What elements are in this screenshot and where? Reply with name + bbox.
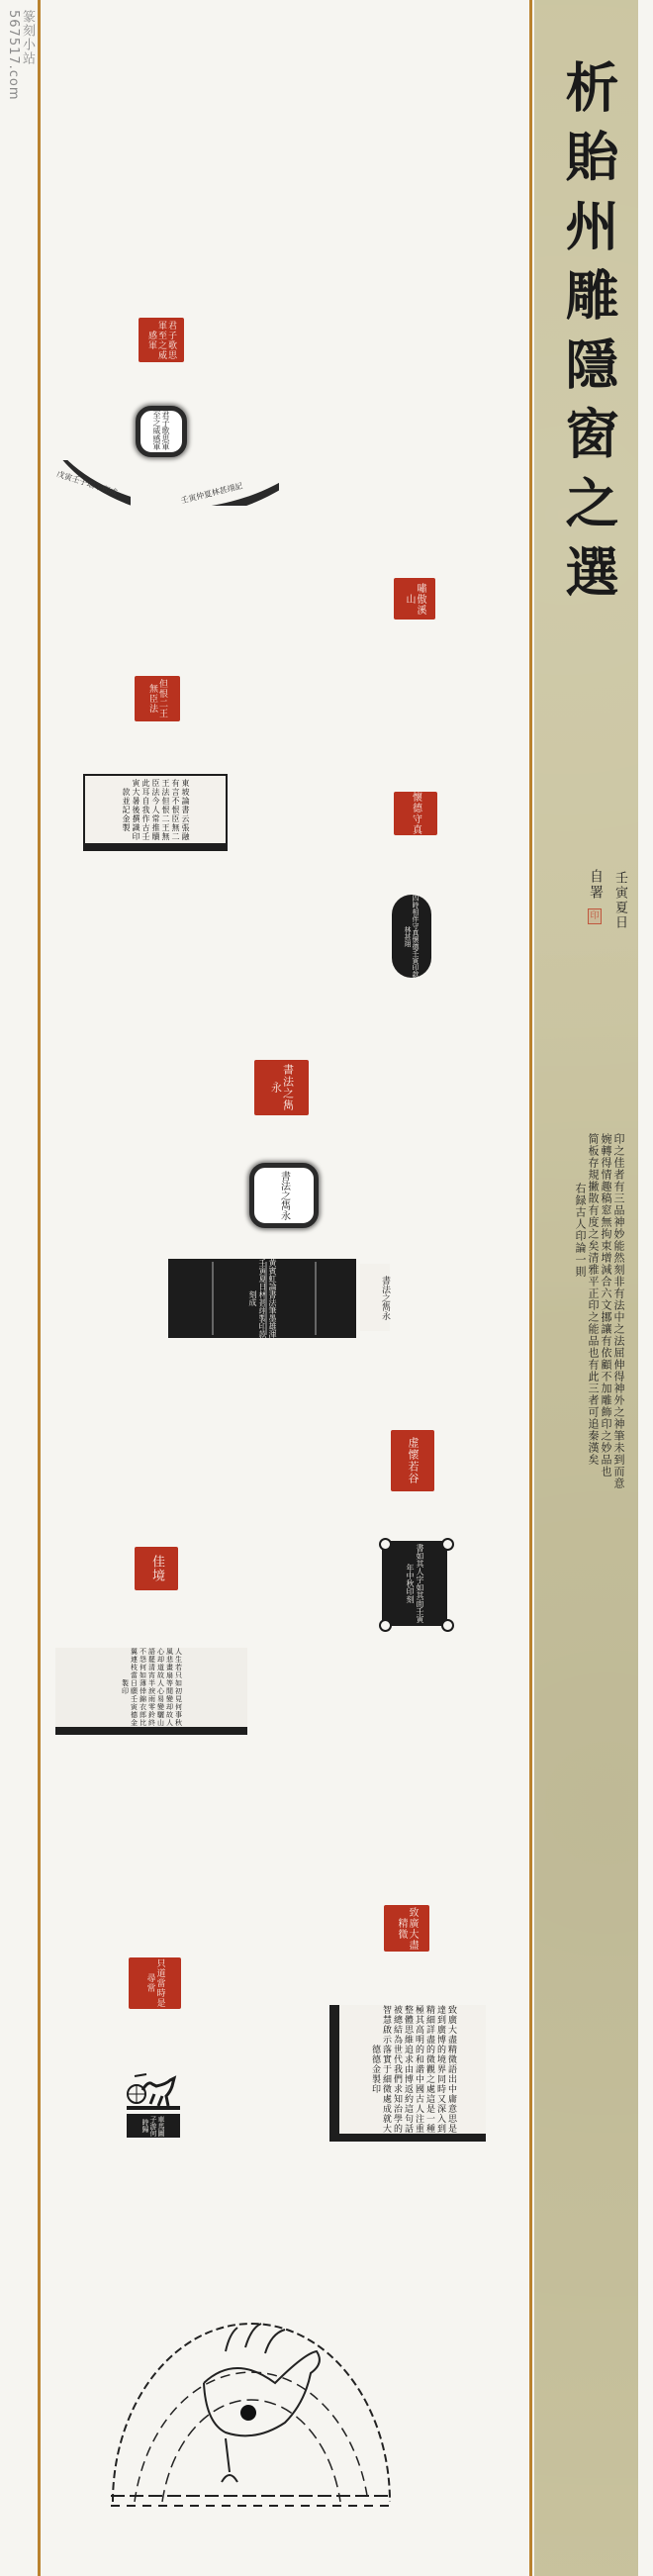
red-seal: 佳境 [135, 1547, 178, 1590]
phoenix-tile-rubbing: 鳳鳥紋瓦當 [107, 2294, 394, 2514]
oval-rubbing: 四時相伴守真懷德壬寅印款林甚翊 [392, 895, 431, 978]
bone-end [441, 1619, 454, 1632]
signature-date: 壬寅夏日 [610, 871, 629, 930]
bone-rubbing: 書如其人字如其面壬寅年中秋印刻 [382, 1541, 447, 1626]
colophon-line: 右録古人印論一則 [574, 1183, 587, 1489]
panel-divider [315, 1262, 317, 1335]
round-rubbing: 君子歌思軍至之威感軍 [136, 406, 187, 457]
bone-end [379, 1538, 392, 1551]
panel-divider [265, 1262, 267, 1335]
phoenix-icon [107, 2294, 394, 2514]
white-rubbing: 致廣大盡精微語出中庸意思是達到廣博的境界同時又深入到精細詳盡的微觀之處這是一種極… [329, 2005, 486, 2142]
arc-rubbing-left: 戊寅壬子端午印成 [49, 460, 131, 506]
watermark-url: 567517.com [6, 10, 20, 101]
panel-divider [212, 1262, 214, 1335]
white-rubbing: 東坡論書云張融有言不恨臣無二王法但恨二王無臣法今人常推贖此耳自我作古壬寅大暑後撰… [83, 774, 228, 851]
red-seal: 君子歌思軍至之威感軍 [139, 318, 184, 362]
colophon-line: 印之佳者有三品神妙能然刻非有法中之法屈伸得神外之神筆未到而意 [612, 1133, 625, 1489]
multi-panel-rubbing: 黄賓虹論書法筆墨雄渾壬寅夏日林甚翊製印款刻成 [168, 1259, 356, 1338]
arc-rubbing-right: 壬寅仲夏林甚翊記 [170, 460, 279, 506]
chariot-rubbing: 車馬圖 子游何時歸 [127, 2070, 180, 2138]
right-gold-border [529, 0, 532, 2576]
red-seal: 懷德守真 [394, 792, 437, 835]
phoenix-label: 鳳鳥紋瓦當 [107, 2294, 112, 2295]
white-rubbing-side: 書法之雋永 [360, 1264, 390, 1331]
bone-end [441, 1538, 454, 1551]
red-seal: 書法之雋永 [254, 1060, 309, 1115]
watermark-cn: 篆刻小站 [20, 10, 34, 101]
white-rubbing: 人生若只如初見何事秋風悲畫扇等閒變却故人心却道故人心易變驪山語罷清宵半淚雨零鈴終… [55, 1648, 247, 1735]
chariot-caption: 車馬圖 子游何時歸 [127, 2114, 180, 2138]
round-rubbing: 書法之雋永 [249, 1163, 319, 1228]
left-gold-border [38, 0, 41, 2576]
bone-end [379, 1619, 392, 1632]
watermark: 篆刻小站 567517.com [6, 10, 34, 101]
red-seal: 致廣大盡精微 [384, 1905, 429, 1952]
scroll-title: 析貽州雕隱窗之選 [559, 59, 618, 614]
red-seal: 嘯傲溪山 [394, 578, 435, 620]
red-seal: 只道當時是尋常 [129, 1957, 181, 2009]
red-seal: 虚懷若谷 [391, 1430, 434, 1491]
signature-seal: 印 [588, 908, 602, 924]
chariot-horse-icon [127, 2070, 180, 2110]
red-seal: 但恨二王無臣法 [135, 676, 180, 721]
colophon: 印之佳者有三品神妙能然刻非有法中之法屈伸得神外之神筆未到而意 婉轉得情趣稿窓無拘… [574, 1133, 625, 1489]
colophon-line: 婉轉得情趣稿窓無拘束增減合六文挪讓有依顧不加雕飾印之妙品也 [600, 1133, 612, 1489]
colophon-line: 简板存規撇散有度之矣清雅平正印之能品也有此三者可追秦漢矣 [587, 1133, 600, 1489]
signature-name: 自署 [586, 869, 606, 901]
